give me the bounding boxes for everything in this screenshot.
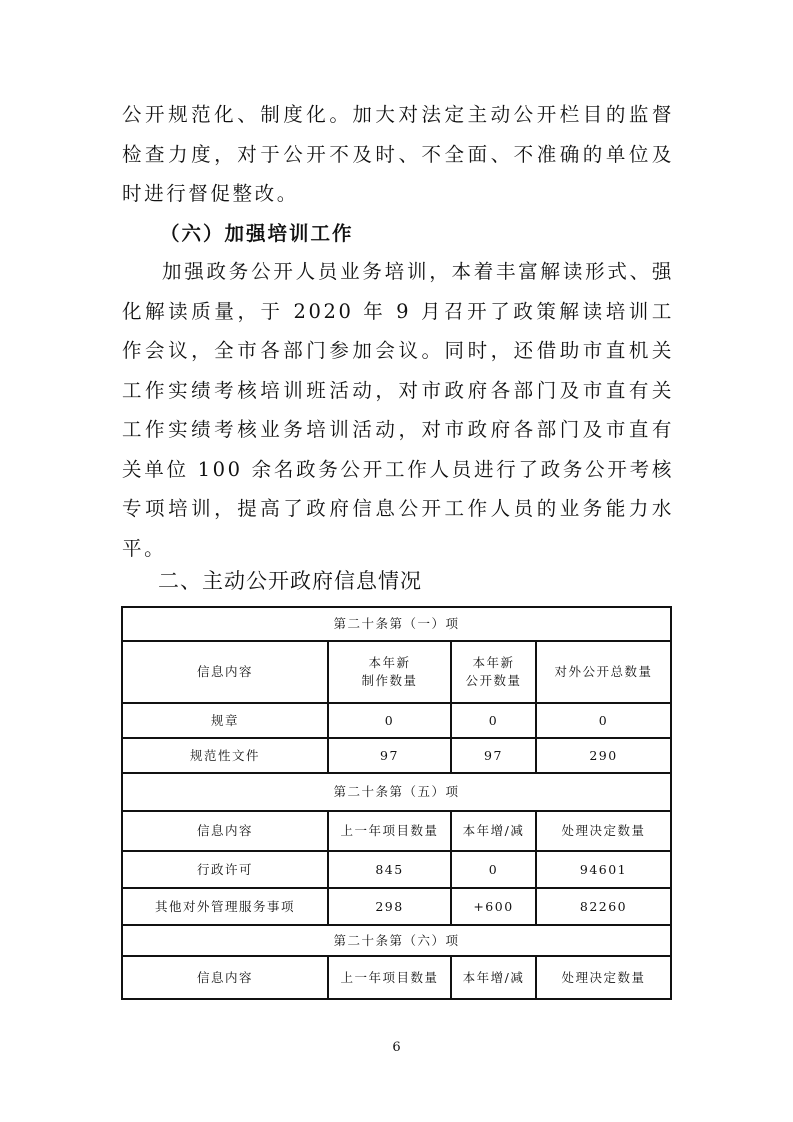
proactive-disclosure-table: 第二十条第（一）项 信息内容 本年新 制作数量 本年新 公开数量 对外公开总数量… [121,606,672,1000]
table-cell: 97 [451,738,536,773]
header-cell: 上一年项目数量 [328,811,451,851]
section-row: 第二十条第（五）项 [122,773,671,811]
header-line: 本年新 [368,655,410,670]
table-cell: +600 [451,888,536,925]
page-number: 6 [0,1040,793,1055]
table-cell: 290 [536,738,671,773]
table-cell: 0 [536,703,671,738]
header-cell: 对外公开总数量 [536,641,671,703]
section-title: 二、主动公开政府信息情况 [158,565,422,595]
header-cell: 本年新 公开数量 [451,641,536,703]
table-cell: 0 [451,703,536,738]
section-title-cell: 第二十条第（一）项 [122,607,671,641]
header-row: 信息内容 上一年项目数量 本年增/减 处理决定数量 [122,811,671,851]
header-cell: 本年增/减 [451,956,536,999]
header-cell: 信息内容 [122,641,328,703]
table-cell: 行政许可 [122,851,328,888]
table-cell: 其他对外管理服务事项 [122,888,328,925]
header-row: 信息内容 本年新 制作数量 本年新 公开数量 对外公开总数量 [122,641,671,703]
header-cell: 处理决定数量 [536,811,671,851]
table-cell: 0 [328,703,451,738]
header-cell: 信息内容 [122,811,328,851]
table-cell: 0 [451,851,536,888]
section-row: 第二十条第（六）项 [122,925,671,956]
paragraph-continued: 公开规范化、制度化。加大对法定主动公开栏目的监督检查力度，对于公开不及时、不全面… [122,95,674,214]
table-cell: 845 [328,851,451,888]
table-row: 规范性文件 97 97 290 [122,738,671,773]
header-line: 公开数量 [465,673,521,688]
table-row: 行政许可 845 0 94601 [122,851,671,888]
table-row: 其他对外管理服务事项 298 +600 82260 [122,888,671,925]
header-cell: 本年增/减 [451,811,536,851]
table-cell: 规范性文件 [122,738,328,773]
section-title-cell: 第二十条第（六）项 [122,925,671,956]
table-cell: 298 [328,888,451,925]
header-cell: 上一年项目数量 [328,956,451,999]
header-cell: 信息内容 [122,956,328,999]
header-line: 本年新 [472,655,514,670]
training-paragraph: 加强政务公开人员业务培训，本着丰富解读形式、强化解读质量，于 2020 年 9 … [122,252,674,568]
table-cell: 规章 [122,703,328,738]
section-title-cell: 第二十条第（五）项 [122,773,671,811]
section-row: 第二十条第（一）项 [122,607,671,641]
subsection-heading: （六）加强培训工作 [160,218,354,246]
header-row: 信息内容 上一年项目数量 本年增/减 处理决定数量 [122,956,671,999]
header-cell: 处理决定数量 [536,956,671,999]
table-cell: 94601 [536,851,671,888]
table-cell: 97 [328,738,451,773]
table-row: 规章 0 0 0 [122,703,671,738]
header-line: 制作数量 [361,673,417,688]
table-cell: 82260 [536,888,671,925]
header-cell: 本年新 制作数量 [328,641,451,703]
